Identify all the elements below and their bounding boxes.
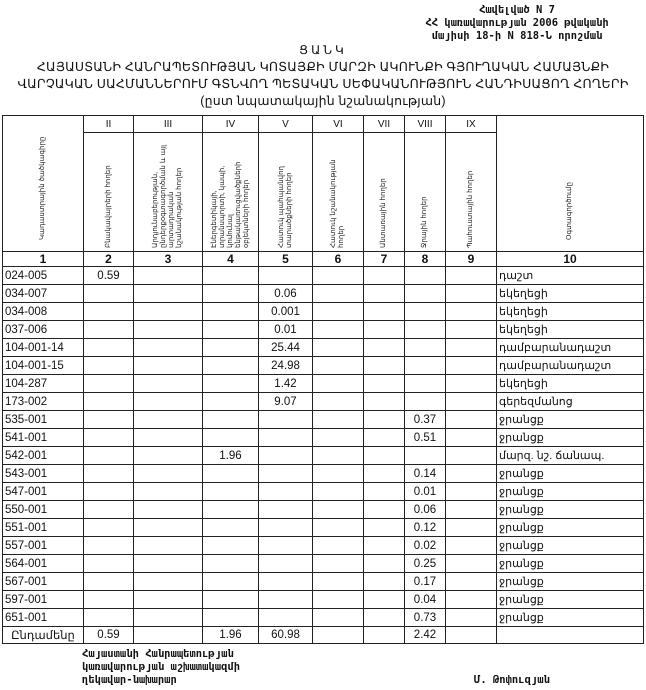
area-cell: 24.98 — [259, 357, 313, 375]
area-cell — [84, 339, 134, 357]
area-cell — [259, 465, 313, 483]
area-cell — [84, 393, 134, 411]
area-cell — [313, 339, 364, 357]
area-cell — [446, 393, 497, 411]
area-cell — [259, 537, 313, 555]
land-use-cell: ջրանցք — [497, 609, 644, 627]
area-cell — [203, 411, 259, 429]
area-cell — [259, 267, 313, 285]
land-use-cell: եկեղեցի — [497, 375, 644, 393]
total-row: Ընդամենը0.591.9660.982.42 — [3, 627, 644, 644]
column-header-text: Պահուստային հողեր — [467, 136, 475, 248]
area-cell — [405, 285, 446, 303]
area-cell: 0.14 — [405, 465, 446, 483]
land-use-cell: ջրանցք — [497, 411, 644, 429]
area-cell — [446, 321, 497, 339]
cadastral-code-cell: 651-001 — [3, 609, 84, 627]
cadastral-code-cell: 541-001 — [3, 429, 84, 447]
area-cell — [84, 555, 134, 573]
area-cell — [259, 519, 313, 537]
area-cell — [446, 267, 497, 285]
cadastral-code-cell: 550-001 — [3, 501, 84, 519]
area-cell — [134, 339, 203, 357]
column-number-cell: 3 — [134, 252, 203, 267]
appendix-line-1: Հավելված N 7 — [392, 4, 642, 17]
area-cell — [203, 483, 259, 501]
area-cell — [364, 303, 405, 321]
area-cell — [313, 501, 364, 519]
area-cell — [364, 501, 405, 519]
land-use-cell: ջրանցք — [497, 591, 644, 609]
column-header-text: Էներգետիկայի, տրանսպորտի, կապի, կոմունալ… — [211, 136, 251, 248]
roman-header-cell: VIII — [405, 116, 446, 133]
roman-header-cell: IX — [446, 116, 497, 133]
area-cell — [364, 285, 405, 303]
area-cell — [364, 375, 405, 393]
area-cell — [313, 591, 364, 609]
column-number-cell: 9 — [446, 252, 497, 267]
table-row: 104-2871.42եկեղեցի — [3, 375, 644, 393]
signatory-line-1: Հայաստանի Հանրապետության — [82, 648, 240, 661]
area-cell: 1.96 — [203, 447, 259, 465]
table-row: 034-0070.06եկեղեցի — [3, 285, 644, 303]
cadastral-code-cell: 037-006 — [3, 321, 84, 339]
area-cell — [84, 411, 134, 429]
column-header-text: Կադաստրային ծածկագիրը — [39, 128, 47, 240]
area-cell — [364, 573, 405, 591]
area-cell: 0.04 — [405, 591, 446, 609]
land-use-cell: դաշտ — [497, 267, 644, 285]
area-cell — [446, 339, 497, 357]
area-cell — [313, 321, 364, 339]
cadastral-code-cell: 547-001 — [3, 483, 84, 501]
area-cell — [364, 411, 405, 429]
area-cell — [364, 519, 405, 537]
area-cell — [134, 285, 203, 303]
area-cell — [203, 285, 259, 303]
table-row: 037-0060.01եկեղեցի — [3, 321, 644, 339]
area-cell — [446, 375, 497, 393]
area-cell — [313, 375, 364, 393]
land-use-cell: ջրանցք — [497, 537, 644, 555]
area-cell — [203, 519, 259, 537]
area-cell: 0.01 — [259, 321, 313, 339]
area-cell: 0.02 — [405, 537, 446, 555]
area-cell — [84, 447, 134, 465]
area-cell — [313, 537, 364, 555]
area-cell — [134, 429, 203, 447]
area-cell — [364, 339, 405, 357]
cadastral-code-cell: 551-001 — [3, 519, 84, 537]
column-header-text: Անտառային հողեր — [380, 136, 388, 248]
area-cell — [84, 465, 134, 483]
land-use-cell: ջրանցք — [497, 429, 644, 447]
land-use-cell: դամբարանադաշտ — [497, 357, 644, 375]
area-cell — [259, 483, 313, 501]
area-cell — [134, 519, 203, 537]
area-cell — [405, 375, 446, 393]
area-cell — [313, 555, 364, 573]
table-row: 547-0010.01ջրանցք — [3, 483, 644, 501]
cadastral-code-cell: 173-002 — [3, 393, 84, 411]
area-cell — [134, 321, 203, 339]
area-cell — [405, 321, 446, 339]
area-cell — [84, 285, 134, 303]
total-value-cell: 0.59 — [84, 627, 134, 644]
cadastral-code-cell: 034-007 — [3, 285, 84, 303]
area-cell — [364, 447, 405, 465]
area-cell — [203, 321, 259, 339]
table-row: 034-0080.001եկեղեցի — [3, 303, 644, 321]
area-cell: 0.17 — [405, 573, 446, 591]
column-header-cell: Արդյունաբերության, ընդերքօգտագործման և ա… — [134, 133, 203, 252]
appendix-note: Հավելված N 7 ՀՀ կառավարության 2006 թվակա… — [392, 4, 642, 43]
roman-header-row: Կադաստրային ծածկագիրըIIIIIIVVVIVIIVIIIIX… — [3, 116, 644, 133]
area-cell — [134, 465, 203, 483]
area-cell — [313, 483, 364, 501]
area-cell — [313, 519, 364, 537]
area-cell: 0.59 — [84, 267, 134, 285]
total-value-cell — [497, 627, 644, 644]
area-cell: 0.06 — [405, 501, 446, 519]
cadastral-code-cell: 024-005 — [3, 267, 84, 285]
total-value-cell — [313, 627, 364, 644]
area-cell — [203, 573, 259, 591]
table-row: 104-001-1425.44դամբարանադաշտ — [3, 339, 644, 357]
column-number-cell: 4 — [203, 252, 259, 267]
area-cell — [134, 357, 203, 375]
area-cell — [364, 357, 405, 375]
land-use-cell: ջրանցք — [497, 501, 644, 519]
area-cell — [446, 573, 497, 591]
area-cell — [203, 339, 259, 357]
area-cell — [134, 483, 203, 501]
title-line-1: ՀԱՅԱՍՏԱՆԻ ՀԱՆՐԱՊԵՏՈՒԹՅԱՆ ԿՈՏԱՅՔԻ ՄԱՐԶԻ Ա… — [0, 59, 646, 76]
table-row: 597-0010.04ջրանցք — [3, 591, 644, 609]
land-use-cell: ջրանցք — [497, 465, 644, 483]
area-cell: 0.06 — [259, 285, 313, 303]
total-value-cell — [364, 627, 405, 644]
area-cell — [134, 555, 203, 573]
table-row: 550-0010.06ջրանցք — [3, 501, 644, 519]
area-cell — [203, 357, 259, 375]
title-list-word: ՑԱՆԿ — [0, 42, 646, 59]
area-cell — [364, 483, 405, 501]
area-cell — [134, 447, 203, 465]
table-row: 173-0029.07գերեզմանոց — [3, 393, 644, 411]
table-row: 567-0010.17ջրանցք — [3, 573, 644, 591]
land-use-cell: եկեղեցի — [497, 285, 644, 303]
signatory-line-2: կառավարության աշխատակազմի — [82, 661, 240, 674]
area-cell — [134, 267, 203, 285]
area-cell — [446, 555, 497, 573]
area-cell — [259, 429, 313, 447]
area-cell — [203, 267, 259, 285]
column-header-cell: Հատուկ նշանակության հողեր — [313, 133, 364, 252]
column-header-cell: Օգտագործումը — [497, 116, 644, 252]
area-cell — [84, 375, 134, 393]
area-cell — [84, 609, 134, 627]
area-cell — [364, 429, 405, 447]
column-header-text: Բնակավայրերի հողեր — [105, 136, 113, 248]
area-cell — [313, 285, 364, 303]
area-cell — [405, 393, 446, 411]
area-cell: 0.01 — [405, 483, 446, 501]
column-header-text: Օգտագործումը — [566, 128, 574, 240]
area-cell — [446, 501, 497, 519]
area-cell — [313, 303, 364, 321]
cadastral-code-cell: 557-001 — [3, 537, 84, 555]
area-cell — [259, 411, 313, 429]
table-row: 543-0010.14ջրանցք — [3, 465, 644, 483]
table-row: 104-001-1524.98դամբարանադաշտ — [3, 357, 644, 375]
land-use-cell: ջրանցք — [497, 573, 644, 591]
total-value-cell — [446, 627, 497, 644]
area-cell — [313, 357, 364, 375]
area-cell — [405, 447, 446, 465]
table-row: 535-0010.37ջրանցք — [3, 411, 644, 429]
area-cell — [84, 573, 134, 591]
area-cell: 9.07 — [259, 393, 313, 411]
area-cell: 0.37 — [405, 411, 446, 429]
roman-header-cell: VII — [364, 116, 405, 133]
column-number-row: 12345678910 — [3, 252, 644, 267]
area-cell — [259, 591, 313, 609]
area-cell — [364, 537, 405, 555]
area-cell — [446, 285, 497, 303]
area-cell — [84, 321, 134, 339]
total-value-cell: 60.98 — [259, 627, 313, 644]
land-use-cell: ջրանցք — [497, 555, 644, 573]
cadastral-code-cell: 535-001 — [3, 411, 84, 429]
area-cell — [446, 465, 497, 483]
area-cell — [203, 555, 259, 573]
column-header-text: Արդյունաբերության, ընդերքօգտագործման և ա… — [152, 136, 184, 248]
area-cell — [364, 393, 405, 411]
area-cell — [203, 303, 259, 321]
area-cell — [203, 393, 259, 411]
land-use-cell: ջրանցք — [497, 483, 644, 501]
area-cell — [84, 303, 134, 321]
column-header-cell: Պահուստային հողեր — [446, 133, 497, 252]
area-cell — [203, 609, 259, 627]
area-cell — [405, 339, 446, 357]
column-header-cell: Կադաստրային ծածկագիրը — [3, 116, 84, 252]
area-cell — [203, 429, 259, 447]
area-cell — [203, 591, 259, 609]
land-use-cell: եկեղեցի — [497, 303, 644, 321]
area-cell — [364, 609, 405, 627]
area-cell — [446, 483, 497, 501]
area-cell — [84, 429, 134, 447]
area-cell — [446, 519, 497, 537]
title-line-3: (ըստ նպատակային նշանակության) — [0, 93, 646, 110]
table-row: 557-0010.02ջրանցք — [3, 537, 644, 555]
roman-header-cell: III — [134, 116, 203, 133]
area-cell — [84, 483, 134, 501]
area-cell — [259, 609, 313, 627]
signatory-name: Մ. Թոփուզյան — [474, 674, 550, 686]
area-cell — [313, 609, 364, 627]
land-table: Կադաստրային ծածկագիրըIIIIIIVVVIVIIVIIIIX… — [2, 115, 644, 644]
land-use-cell: մարզ. նշ. ճանապ. — [497, 447, 644, 465]
area-cell — [134, 393, 203, 411]
signatory-title: Հայաստանի Հանրապետության կառավարության ա… — [82, 648, 240, 687]
area-cell — [364, 591, 405, 609]
area-cell — [446, 303, 497, 321]
area-cell — [446, 357, 497, 375]
land-use-cell: գերեզմանոց — [497, 393, 644, 411]
column-number-cell: 1 — [3, 252, 84, 267]
cadastral-code-cell: 564-001 — [3, 555, 84, 573]
land-use-cell: եկեղեցի — [497, 321, 644, 339]
area-cell — [313, 429, 364, 447]
table-row: 564-0010.25ջրանցք — [3, 555, 644, 573]
signatory-line-3: ղեկավար-նախարար — [82, 674, 240, 687]
column-number-cell: 2 — [84, 252, 134, 267]
title-line-2: ՎԱՐՉԱԿԱՆ ՍԱՀՄԱՆՆԵՐՈՒՄ ԳՏՆՎՈՂ ՊԵՏԱԿԱՆ ՍԵՓ… — [0, 76, 646, 93]
area-cell — [134, 537, 203, 555]
column-header-text: Հատուկ պահպանվող տարածքների հողեր — [278, 136, 294, 248]
cadastral-code-cell: 567-001 — [3, 573, 84, 591]
total-value-cell: 2.42 — [405, 627, 446, 644]
area-cell — [134, 609, 203, 627]
area-cell — [84, 357, 134, 375]
roman-header-cell: II — [84, 116, 134, 133]
cadastral-code-cell: 542-001 — [3, 447, 84, 465]
area-cell — [84, 501, 134, 519]
cadastral-code-cell: 034-008 — [3, 303, 84, 321]
area-cell — [259, 447, 313, 465]
area-cell — [446, 537, 497, 555]
area-cell — [446, 591, 497, 609]
column-header-cell: Էներգետիկայի, տրանսպորտի, կապի, կոմունալ… — [203, 133, 259, 252]
cadastral-code-cell: 543-001 — [3, 465, 84, 483]
column-number-cell: 6 — [313, 252, 364, 267]
table-row: 551-0010.12ջրանցք — [3, 519, 644, 537]
table-row: 541-0010.51ջրանցք — [3, 429, 644, 447]
area-cell — [203, 375, 259, 393]
area-cell: 25.44 — [259, 339, 313, 357]
roman-header-cell: V — [259, 116, 313, 133]
column-header-cell: Բնակավայրերի հողեր — [84, 133, 134, 252]
land-use-cell: ջրանցք — [497, 519, 644, 537]
area-cell — [259, 555, 313, 573]
area-cell — [405, 303, 446, 321]
document-title: ՑԱՆԿ ՀԱՅԱՍՏԱՆԻ ՀԱՆՐԱՊԵՏՈՒԹՅԱՆ ԿՈՏԱՅՔԻ ՄԱ… — [0, 42, 646, 110]
area-cell — [364, 267, 405, 285]
area-cell — [446, 411, 497, 429]
area-cell — [203, 501, 259, 519]
area-cell — [364, 465, 405, 483]
area-cell — [134, 303, 203, 321]
area-cell — [313, 393, 364, 411]
cadastral-code-cell: 104-287 — [3, 375, 84, 393]
area-cell — [203, 537, 259, 555]
area-cell — [134, 591, 203, 609]
area-cell: 0.51 — [405, 429, 446, 447]
area-cell — [134, 411, 203, 429]
area-cell: 0.25 — [405, 555, 446, 573]
area-cell: 0.73 — [405, 609, 446, 627]
total-value-cell — [134, 627, 203, 644]
area-cell — [134, 573, 203, 591]
area-cell — [313, 465, 364, 483]
area-cell — [84, 519, 134, 537]
area-cell — [84, 591, 134, 609]
total-label-cell: Ընդամենը — [3, 627, 84, 644]
table-row: 651-0010.73ջրանցք — [3, 609, 644, 627]
area-cell — [259, 573, 313, 591]
area-cell — [134, 501, 203, 519]
column-header-cell: Հատուկ պահպանվող տարածքների հողեր — [259, 133, 313, 252]
area-cell — [313, 573, 364, 591]
appendix-line-2: ՀՀ կառավարության 2006 թվականի — [392, 17, 642, 30]
area-cell — [134, 375, 203, 393]
column-number-cell: 5 — [259, 252, 313, 267]
area-cell — [203, 465, 259, 483]
area-cell — [313, 267, 364, 285]
roman-header-cell: VI — [313, 116, 364, 133]
area-cell — [313, 411, 364, 429]
area-cell — [446, 429, 497, 447]
table-row: 542-0011.96մարզ. նշ. ճանապ. — [3, 447, 644, 465]
column-header-text: Հատուկ նշանակության հողեր — [330, 136, 346, 248]
land-use-cell: դամբարանադաշտ — [497, 339, 644, 357]
area-cell — [364, 555, 405, 573]
cadastral-code-cell: 104-001-15 — [3, 357, 84, 375]
total-value-cell: 1.96 — [203, 627, 259, 644]
column-number-cell: 10 — [497, 252, 644, 267]
column-header-cell: Ջրային հողեր — [405, 133, 446, 252]
cadastral-code-cell: 104-001-14 — [3, 339, 84, 357]
area-cell — [405, 357, 446, 375]
area-cell: 0.001 — [259, 303, 313, 321]
area-cell — [405, 267, 446, 285]
cadastral-code-cell: 597-001 — [3, 591, 84, 609]
area-cell — [364, 321, 405, 339]
area-cell — [84, 537, 134, 555]
area-cell — [259, 501, 313, 519]
column-header-text: Ջրային հողեր — [421, 136, 429, 248]
area-cell — [313, 447, 364, 465]
table-row: 024-0050.59դաշտ — [3, 267, 644, 285]
roman-header-cell: IV — [203, 116, 259, 133]
area-cell — [446, 447, 497, 465]
area-cell: 1.42 — [259, 375, 313, 393]
column-number-cell: 8 — [405, 252, 446, 267]
area-cell — [446, 609, 497, 627]
area-cell: 0.12 — [405, 519, 446, 537]
column-number-cell: 7 — [364, 252, 405, 267]
column-header-cell: Անտառային հողեր — [364, 133, 405, 252]
